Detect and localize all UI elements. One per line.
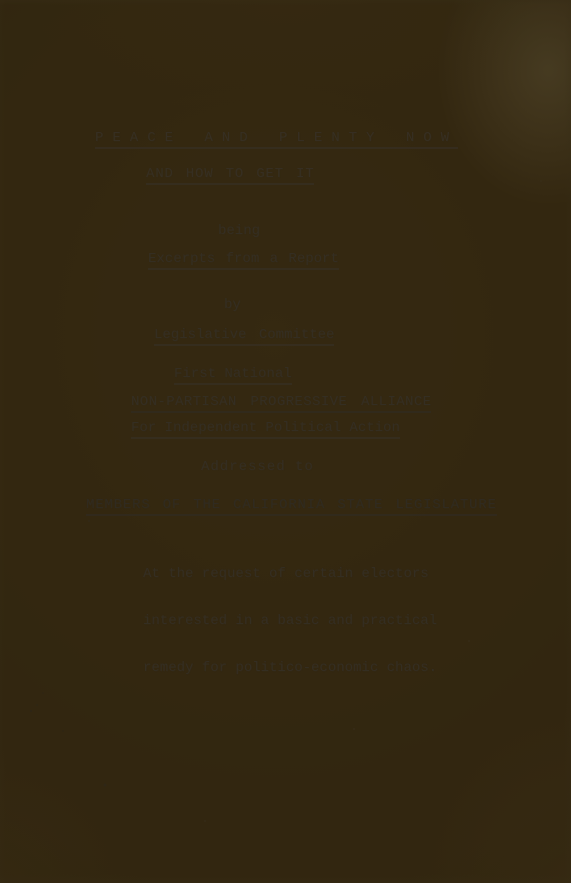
- org-line-2-text: NON-PARTISAN PROGRESSIVE ALLIANCE: [131, 395, 431, 413]
- request-note-line-1: At the request of certain electors: [143, 565, 437, 584]
- org-line-1-text: First National: [174, 367, 292, 385]
- org-line-1: First National: [174, 367, 292, 385]
- request-note-line-3: remedy for politico-economic chaos.: [143, 659, 437, 678]
- committee-text: Legislative Committee: [154, 328, 334, 346]
- subtitle-text: Excerpts from a Report: [148, 252, 339, 270]
- addressee-line: MEMBERS OF THE CALIFORNIA STATE LEGISLAT…: [86, 498, 497, 516]
- by-label: by: [224, 298, 241, 312]
- title-line-2-text: AND HOW TO GET IT: [146, 167, 314, 185]
- being-label: being: [218, 224, 260, 238]
- addressee-text: MEMBERS OF THE CALIFORNIA STATE LEGISLAT…: [86, 498, 497, 516]
- scanned-title-page: PEACE AND PLENTY NOW AND HOW TO GET IT b…: [0, 0, 571, 883]
- paper-specks: [0, 0, 2, 2]
- request-note-line-2: interested in a basic and practical: [143, 612, 437, 631]
- org-line-2: NON-PARTISAN PROGRESSIVE ALLIANCE: [131, 395, 431, 413]
- request-note: At the request of certain electors inter…: [143, 537, 437, 706]
- subtitle-line: Excerpts from a Report: [148, 252, 339, 270]
- addressed-to-label: Addressed to: [201, 460, 314, 474]
- title-line-2: AND HOW TO GET IT: [146, 167, 314, 185]
- org-line-3: For Independent Political Action: [131, 421, 400, 439]
- title-line-1-text: PEACE AND PLENTY NOW: [95, 131, 458, 149]
- org-line-3-text: For Independent Political Action: [131, 421, 400, 439]
- title-line-1: PEACE AND PLENTY NOW: [95, 131, 458, 149]
- committee-line: Legislative Committee: [154, 328, 334, 346]
